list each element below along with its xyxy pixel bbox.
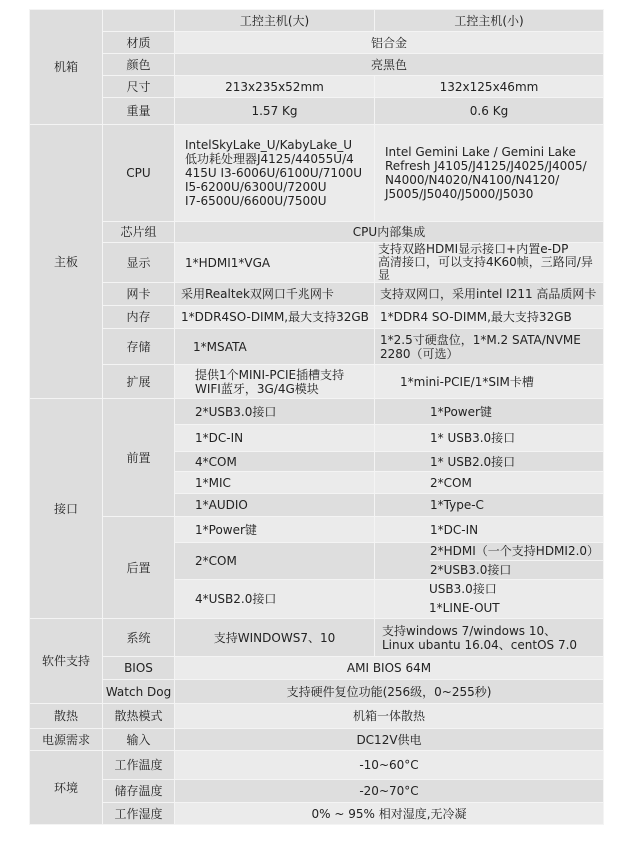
front-small: 1* USB3.0接口 <box>375 425 604 452</box>
front-small: 1* USB2.0接口 <box>375 452 604 472</box>
value-expansion-large: 提供1个MINI-PCIE插槽支持 WIFI蓝牙，3G/4G模块 <box>175 365 375 399</box>
rear-large: 2*COM <box>175 543 375 580</box>
row-label: 存储 <box>103 329 175 365</box>
value-material: 铝合金 <box>175 32 604 54</box>
value-work-temp: -10~60°C <box>175 751 604 780</box>
value-os-small: 支持windows 7/windows 10、 Linux ubantu 16.… <box>375 619 604 657</box>
row-label: 网卡 <box>103 283 175 306</box>
row-label: 散热模式 <box>103 704 175 729</box>
row-label: 内存 <box>103 306 175 329</box>
category-chassis: 机箱 <box>30 10 103 125</box>
value-chipset: CPU内部集成 <box>175 222 604 243</box>
value-cooling: 机箱一体散热 <box>175 704 604 729</box>
rear-small: 1*DC-IN <box>375 517 604 543</box>
front-large: 1*MIC <box>175 472 375 494</box>
front-large: 1*DC-IN <box>175 425 375 452</box>
row-label: 颜色 <box>103 54 175 76</box>
row-label: 输入 <box>103 729 175 751</box>
category-label: 散热 <box>54 709 78 723</box>
value-weight-large: 1.57 Kg <box>175 98 375 125</box>
row-label: BIOS <box>103 657 175 680</box>
category-environment: 环境 <box>30 751 103 825</box>
category-mainboard: 主板 <box>30 125 103 399</box>
value-humidity: 0% ~ 95% 相对湿度,无冷凝 <box>175 803 604 825</box>
value-os-large: 支持WINDOWS7、10 <box>175 619 375 657</box>
value-storage-large: 1*MSATA <box>175 329 375 365</box>
value-weight-small: 0.6 Kg <box>375 98 604 125</box>
row-label: 工作温度 <box>103 751 175 780</box>
rear-small: 1*LINE-OUT <box>429 599 603 618</box>
value-bios: AMI BIOS 64M <box>175 657 604 680</box>
header-small: 工控主机(小) <box>375 10 604 32</box>
header-large: 工控主机(大) <box>175 10 375 32</box>
value-cpu-small: Intel Gemini Lake / Gemini Lake Refresh … <box>375 125 604 222</box>
row-label: 重量 <box>103 98 175 125</box>
row-label: 尺寸 <box>103 76 175 98</box>
value-watchdog: 支持硬件复位功能(256级，0~255秒) <box>175 680 604 704</box>
row-label: 储存温度 <box>103 780 175 803</box>
value-memory-large: 1*DDR4SO-DIMM,最大支持32GB <box>175 306 375 329</box>
value-nic-large: 采用Realtek双网口千兆网卡 <box>175 283 375 306</box>
row-label: 工作湿度 <box>103 803 175 825</box>
front-small: 2*COM <box>375 472 604 494</box>
value-storage-small: 1*2.5寸硬盘位，1*M.2 SATA/NVME 2280（可选） <box>375 329 604 365</box>
front-large: 2*USB3.0接口 <box>175 399 375 425</box>
rear-large: 1*Power键 <box>175 517 375 543</box>
row-label: 芯片组 <box>103 222 175 243</box>
category-interfaces: 接口 <box>30 399 103 619</box>
row-label: 系统 <box>103 619 175 657</box>
rear-large: 4*USB2.0接口 <box>175 580 375 619</box>
category-label: 接口 <box>54 502 78 516</box>
category-cooling: 散热 <box>30 704 103 729</box>
subcategory-front: 前置 <box>103 399 175 517</box>
row-label: CPU <box>103 125 175 222</box>
value-storage-temp: -20~70°C <box>175 780 604 803</box>
category-label: 软件支持 <box>42 654 90 668</box>
value-nic-small: 支持双网口，采用intel I211 高品质网卡 <box>375 283 604 306</box>
row-label: 显示 <box>103 243 175 283</box>
front-small: 1*Type-C <box>375 494 604 517</box>
row-label: 扩展 <box>103 365 175 399</box>
subcategory-rear: 后置 <box>103 517 175 619</box>
value-size-small: 132x125x46mm <box>375 76 604 98</box>
value-expansion-small: 1*mini-PCIE/1*SIM卡槽 <box>375 365 604 399</box>
value-cpu-large: IntelSkyLake_U/KabyLake_U 低功耗处理器J4125/44… <box>175 125 375 222</box>
rear-small: 2*HDMI（一个支持HDMI2.0） <box>430 543 603 561</box>
value-memory-small: 1*DDR4 SO-DIMM,最大支持32GB <box>375 306 604 329</box>
row-label: 材质 <box>103 32 175 54</box>
category-label: 主板 <box>54 255 78 269</box>
value-display-large: 1*HDMI1*VGA <box>175 243 375 283</box>
value-power: DC12V供电 <box>175 729 604 751</box>
category-power: 电源需求 <box>30 729 103 751</box>
front-small: 1*Power键 <box>375 399 604 425</box>
value-display-small: 支持双路HDMI显示接口+内置e-DP 高清接口，可以支持4K60帧，三路同/异… <box>375 243 604 283</box>
value-size-large: 213x235x52mm <box>175 76 375 98</box>
rear-small: USB3.0接口 <box>429 580 603 599</box>
row-label: Watch Dog <box>103 680 175 704</box>
category-label: 电源需求 <box>42 733 90 747</box>
value-color: 亮黑色 <box>175 54 604 76</box>
spec-table: 机箱 工控主机(大) 工控主机(小) 材质 铝合金 颜色 亮黑色 尺寸 213x… <box>29 9 604 825</box>
rear-small: 2*USB3.0接口 <box>430 561 603 579</box>
category-software: 软件支持 <box>30 619 103 704</box>
front-large: 4*COM <box>175 452 375 472</box>
category-label: 环境 <box>54 781 78 795</box>
category-label: 机箱 <box>54 60 78 74</box>
front-large: 1*AUDIO <box>175 494 375 517</box>
